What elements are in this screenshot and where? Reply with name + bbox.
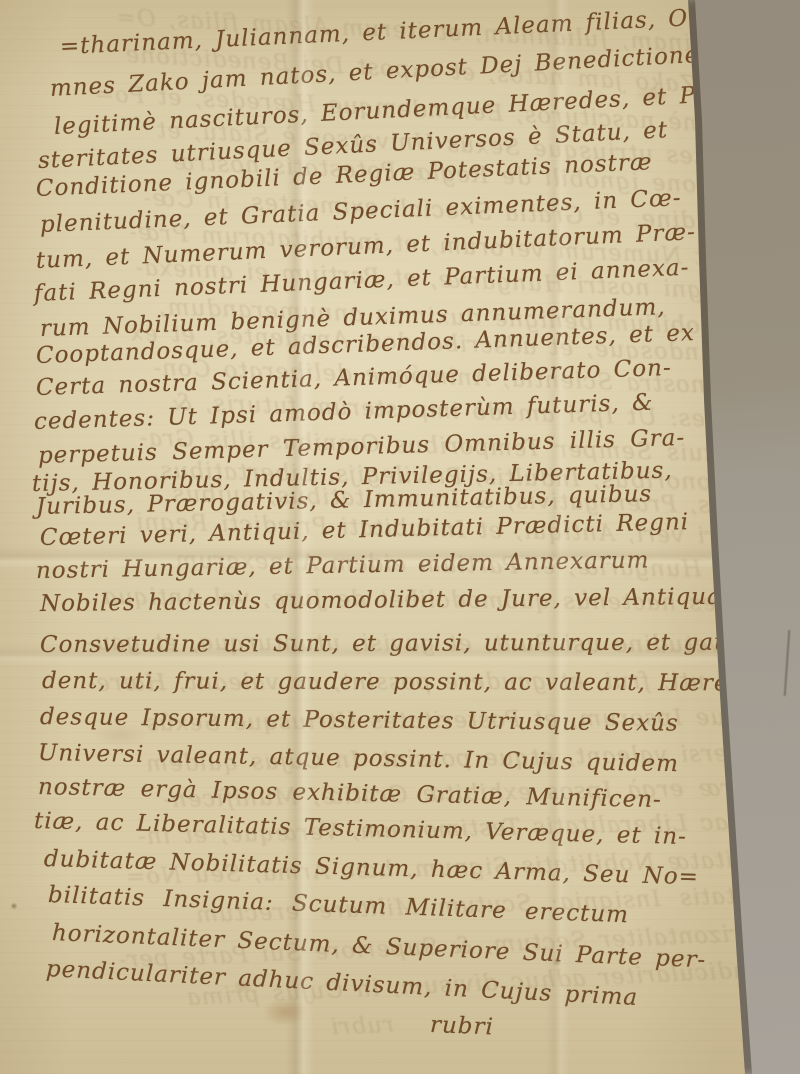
photo-backdrop: =tharinam, Juliannam, et iterum Aleam fi…: [0, 0, 800, 1074]
manuscript-line: bilitatis Insignia: Scutum Militare erec…: [48, 882, 630, 929]
manuscript-page: =tharinam, Juliannam, et iterum Aleam fi…: [0, 0, 800, 1074]
manuscript-line: Consvetudine usi Sunt, et gavisi, utuntu…: [40, 630, 739, 659]
manuscript-line: desque Ipsorum, et Posteritates Utriusqu…: [40, 704, 679, 737]
manuscript-line: tiæ, ac Liberalitatis Testimonium, Veræq…: [34, 808, 687, 850]
manuscript-line: nostri Hungariæ, et Partium eidem Annexa…: [36, 547, 650, 584]
manuscript-line: nostræ ergà Ipsos exhibitæ Gratiæ, Munif…: [38, 774, 662, 813]
manuscript-line: Nobiles hactenùs quomodolibet de Jure, v…: [40, 584, 722, 618]
manuscript-line: Universi valeant, atque possint. In Cuju…: [38, 740, 679, 778]
manuscript-line: dent, uti, frui, et gaudere possint, ac …: [42, 668, 737, 697]
manuscript-line: dubitatæ Nobilitatis Signum, hæc Arma, S…: [44, 846, 700, 891]
manuscript-text: =tharinam, Juliannam, et iterum Aleam fi…: [0, 0, 800, 1074]
manuscript-line: rubri: [429, 1012, 494, 1041]
